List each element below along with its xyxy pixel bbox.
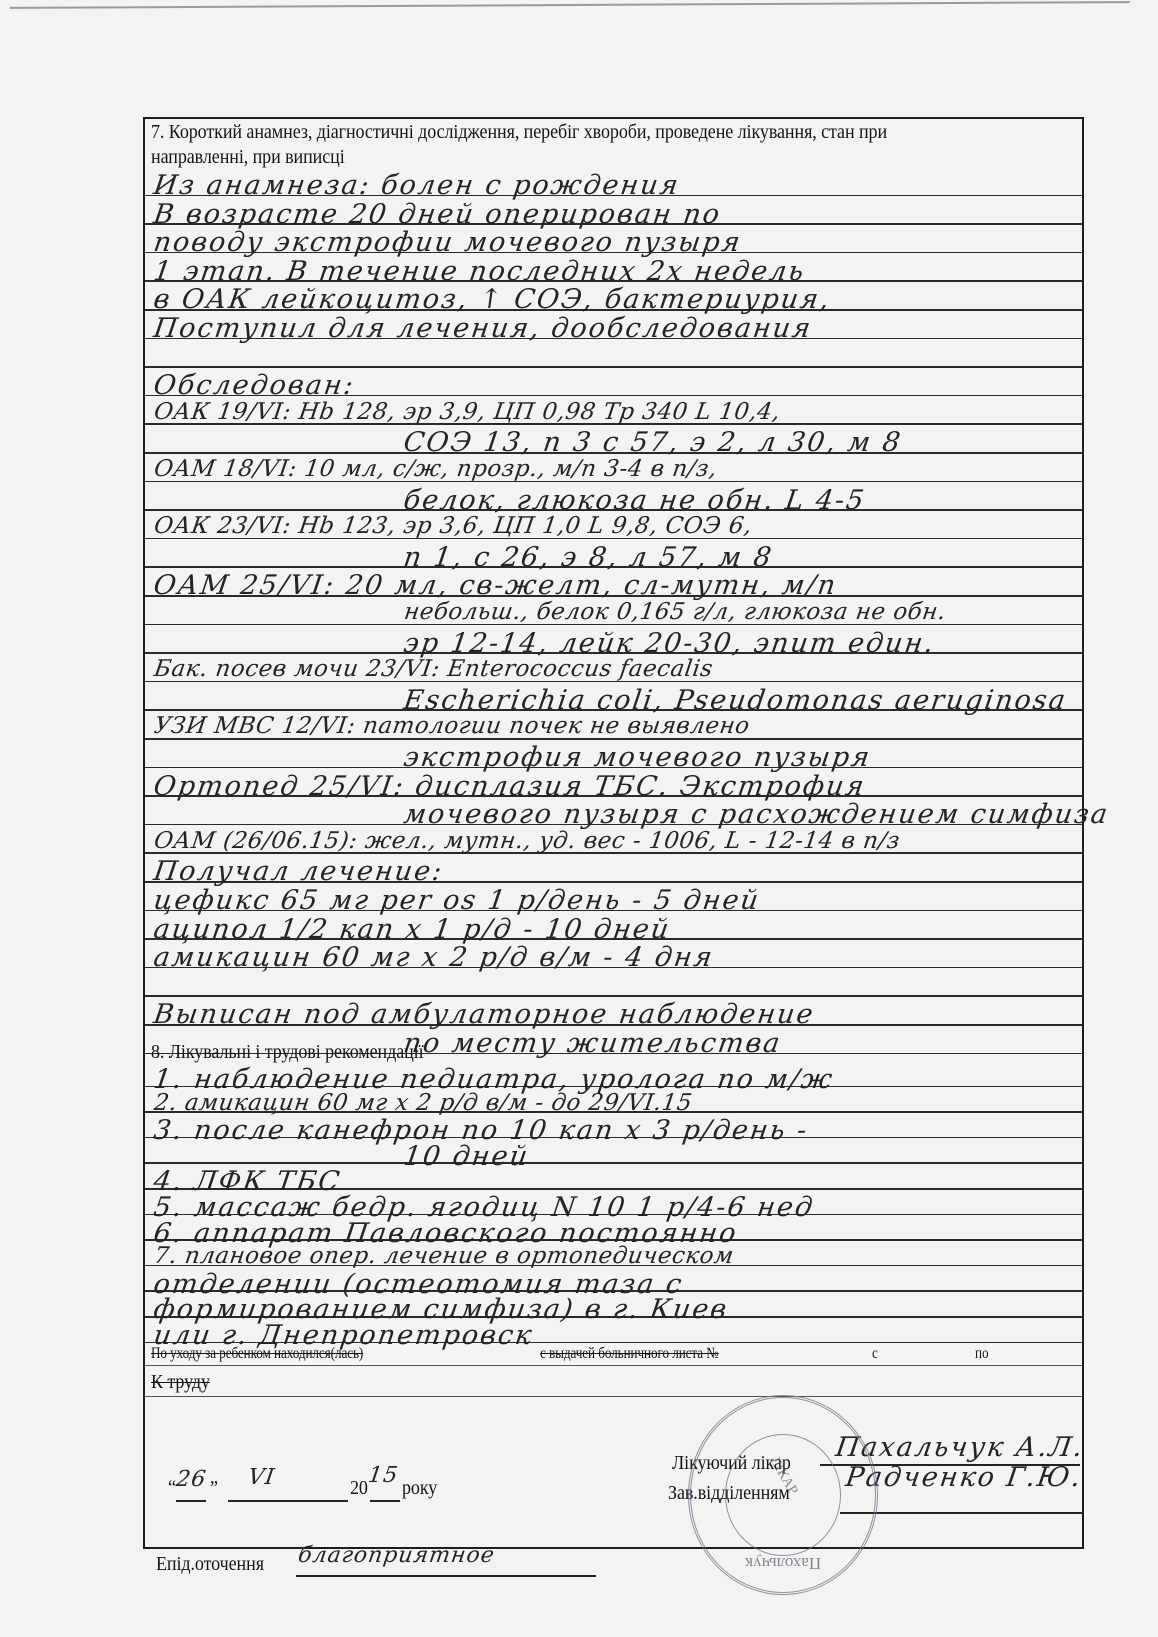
year-word: року — [402, 1477, 437, 1500]
epid-value: благоприятное — [296, 1543, 496, 1568]
section7-heading-line2: направленні, при виписці — [151, 146, 345, 169]
note-line: эр 12-14, лейк 20-30, эпит един. — [402, 628, 938, 659]
date-close-quote: ” — [210, 1477, 218, 1500]
epid-label: Епід.оточення — [156, 1553, 264, 1576]
ruled-line — [145, 995, 1082, 997]
note-line: ОАМ (26/06.15): жел., мутн., уд. вес - 1… — [152, 828, 901, 854]
note-line: Выписан под амбулаторное наблюдение — [152, 999, 817, 1030]
sick-leave-from-label: с — [872, 1345, 878, 1363]
date-year-line — [370, 1500, 400, 1502]
date-year-prefix: 20 — [350, 1477, 368, 1500]
head-signature: Радченко Г.Ю. — [844, 1462, 1085, 1493]
section7-heading-line1: 7. Короткий анамнез, діагностичні дослід… — [151, 121, 887, 144]
seal-ring-text: Пахольчук — [691, 1553, 875, 1573]
work-label: К труду — [151, 1371, 210, 1394]
note-line: Получал лечение: — [152, 856, 446, 887]
footer-divider — [145, 1365, 1082, 1366]
note-line: экстрофия мочевого пузыря — [402, 742, 874, 773]
note-line: мочевого пузыря с расхождением симфиза — [402, 799, 1112, 830]
note-line: цефикс 65 мг per os 1 р/день - 5 дней — [152, 885, 763, 916]
note-line: В возрасте 20 дней оперирован по — [152, 199, 724, 230]
footer-divider — [145, 1396, 1082, 1397]
note-line: Ортопед 25/VI: дисплазия ТБС. Экстрофия — [152, 771, 868, 802]
note-line: ОАК 19/VI: Hb 128, эр 3,9, ЦП 0,98 Тр 34… — [152, 399, 782, 425]
ruled-line — [145, 1162, 1082, 1164]
note-line: амикацин 60 мг x 2 р/д в/м - 4 дня — [152, 942, 716, 973]
note-line: СОЭ 13, п 3 с 57, э 2, л 30, м 8 — [402, 427, 904, 458]
recommendation-line: 10 дней — [402, 1141, 532, 1172]
note-line: Обследован: — [152, 370, 357, 401]
date-month: VI — [246, 1465, 276, 1490]
ruled-line — [145, 366, 1082, 368]
note-line: ОАК 23/VI: Hb 123, эр 3,6, ЦП 1,0 L 9,8,… — [152, 513, 753, 539]
note-line: ОАМ 25/VI: 20 мл, св-желт, сл-мутн, м/п — [152, 570, 840, 601]
note-line: ОАМ 18/VI: 10 мл, с/ж, прозр., м/п 3-4 в… — [152, 456, 718, 482]
note-line: по месту жительства — [402, 1028, 784, 1059]
page-edge — [10, 1, 1130, 9]
recommendation-line: 7. плановое опер. лечение в ортопедическ… — [152, 1243, 735, 1269]
note-line: поводу экстрофии мочевого пузыря — [152, 227, 744, 258]
epid-underline — [296, 1575, 596, 1577]
note-line: Из анамнеза: болен с рождения — [152, 170, 682, 201]
date-day: 26 — [174, 1467, 208, 1492]
note-line: белок, глюкоза не обн. L 4-5 — [402, 485, 868, 516]
note-line: п 1, с 26, э 8, л 57, м 8 — [402, 542, 775, 573]
note-line: Бак. посев мочи 23/VI: Enterococcus faec… — [152, 656, 714, 682]
seal-stamp: ЛІКАР Пахольчук — [688, 1395, 878, 1595]
sick-leave-label: с выдачей больничного листа № — [540, 1345, 719, 1363]
sick-leave-to-label: по — [975, 1345, 988, 1363]
head-signature-line — [840, 1512, 1084, 1514]
note-line: Escherichia coli, Pseudomonas aeruginosa — [402, 685, 1069, 716]
note-line: 1 этап. В течение последних 2х недель — [152, 256, 808, 287]
note-line: Поступил для лечения, дообследования — [152, 313, 815, 344]
note-line: небольш., белок 0,165 г/л, глюкоза не об… — [402, 599, 947, 625]
date-year-suffix: 15 — [366, 1463, 400, 1488]
care-label: По уходу за ребенком находился(лась) — [151, 1345, 363, 1363]
date-month-line — [228, 1500, 348, 1502]
date-day-line — [176, 1500, 206, 1502]
note-line: в ОАК лейкоцитоз, ↑ СОЭ, бактериурия, — [152, 284, 833, 315]
recommendation-line: 2. амикацин 60 мг x 2 р/д в/м - до 29/VI… — [152, 1090, 694, 1116]
note-line: аципол 1/2 кап x 1 р/д - 10 дней — [152, 914, 673, 945]
note-line: УЗИ МВС 12/VI: патологии почек не выявле… — [152, 713, 751, 739]
section8-heading: 8. Лікувальні і трудові рекомендації — [151, 1041, 424, 1064]
